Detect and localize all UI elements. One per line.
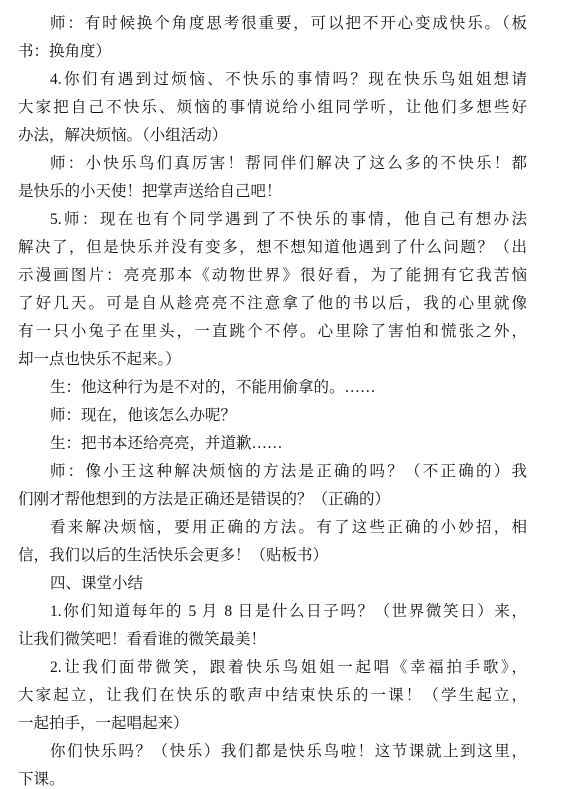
text-line: 生：把书本还给亮亮，并道歉…… bbox=[18, 430, 527, 458]
document-body: 师：有时候换个角度思考很重要，可以把不开心变成快乐。（板书：换角度）4.你们有遇… bbox=[18, 10, 527, 789]
text-line: 却一点也快乐不起来。） bbox=[18, 346, 527, 374]
text-line: 让我们微笑吧！看看谁的微笑最美！ bbox=[18, 626, 527, 654]
text-line: 看来解决烦恼，要用正确的方法。有了这些正确的小妙招，相 bbox=[18, 514, 527, 542]
text-line: 2.让我们面带微笑，跟着快乐鸟姐姐一起唱《幸福拍手歌》， bbox=[18, 654, 527, 682]
text-line: 大家起立，让我们在快乐的歌声中结束快乐的一课！（学生起立， bbox=[18, 682, 527, 710]
text-line: 师：像小王这种解决烦恼的方法是正确的吗？（不正确的）我 bbox=[18, 458, 527, 486]
text-line: 师：现在，他该怎么办呢？ bbox=[18, 402, 527, 430]
text-line: 大家把自己不快乐、烦恼的事情说给小组同学听，让他们多想些好 bbox=[18, 94, 527, 122]
text-line: 你们快乐吗？（快乐）我们都是快乐鸟啦！这节课就上到这里， bbox=[18, 738, 527, 766]
text-line: 有一只小兔子在里头，一直跳个不停。心里除了害怕和慌张之外， bbox=[18, 318, 527, 346]
text-line: 是快乐的小天使！把掌声送给自己吧！ bbox=[18, 178, 527, 206]
text-line: 书：换角度） bbox=[18, 38, 527, 66]
document-page: 师：有时候换个角度思考很重要，可以把不开心变成快乐。（板书：换角度）4.你们有遇… bbox=[0, 0, 566, 789]
text-line: 了好几天。可是自从趁亮亮不注意拿了他的书以后，我的心里就像 bbox=[18, 290, 527, 318]
text-line: 4.你们有遇到过烦恼、不快乐的事情吗？现在快乐鸟姐姐想请 bbox=[18, 66, 527, 94]
text-line: 一起拍手，一起唱起来） bbox=[18, 710, 527, 738]
text-line: 师：小快乐鸟们真厉害！帮同伴们解决了这么多的不快乐！都 bbox=[18, 150, 527, 178]
text-line: 解决了，但是快乐并没有变多，想不想知道他遇到了什么问题？（出 bbox=[18, 234, 527, 262]
text-line: 办法，解决烦恼。（小组活动） bbox=[18, 122, 527, 150]
text-line: 下课。 bbox=[18, 766, 527, 789]
text-line: 信，我们以后的生活快乐会更多！（贴板书） bbox=[18, 542, 527, 570]
text-line: 5.师：现在也有个同学遇到了不快乐的事情，他自己有想办法 bbox=[18, 206, 527, 234]
text-line: 们刚才帮他想到的方法是正确还是错误的？（正确的） bbox=[18, 486, 527, 514]
text-line: 四、课堂小结 bbox=[18, 570, 527, 598]
text-line: 师：有时候换个角度思考很重要，可以把不开心变成快乐。（板 bbox=[18, 10, 527, 38]
text-line: 生：他这种行为是不对的，不能用偷拿的。…… bbox=[18, 374, 527, 402]
text-line: 1.你们知道每年的 5 月 8 日是什么日子吗？（世界微笑日）来， bbox=[18, 598, 527, 626]
text-line: 示漫画图片：亮亮那本《动物世界》很好看，为了能拥有它我苦恼 bbox=[18, 262, 527, 290]
